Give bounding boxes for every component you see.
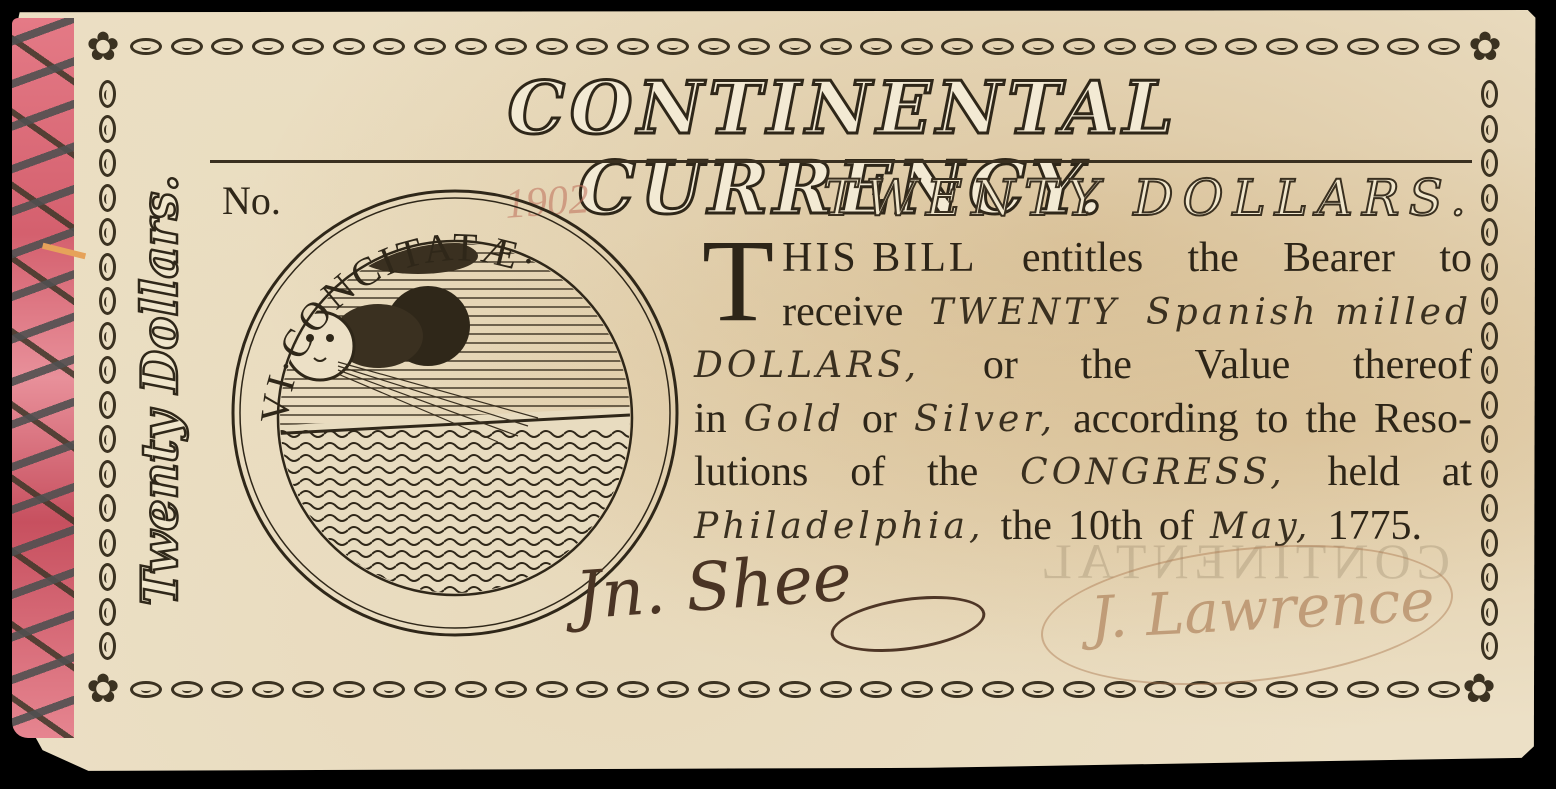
chain-link (1022, 38, 1054, 55)
chain-link (455, 681, 487, 698)
chain-link (99, 529, 116, 557)
title-rule (210, 160, 1472, 163)
chain-link (1481, 184, 1498, 212)
chain-link (171, 681, 203, 698)
chain-link (1481, 632, 1498, 660)
chain-link (292, 38, 324, 55)
chain-link (130, 681, 162, 698)
bill-text: T HIS BILL entitles the Bearer to receiv… (694, 232, 1472, 553)
chain-link (1387, 38, 1419, 55)
chain-link (1481, 598, 1498, 626)
chain-link (536, 681, 568, 698)
chain-link (171, 38, 203, 55)
chain-link (1387, 681, 1419, 698)
bill-line-2: receive TWENTY Spanish milled (782, 286, 1472, 340)
chain-link (1104, 681, 1136, 698)
chain-link (455, 38, 487, 55)
chain-link (941, 38, 973, 55)
rosette-icon: ✿ (82, 668, 124, 710)
chain-link (1428, 38, 1460, 55)
chain-link (333, 681, 365, 698)
chain-link (1063, 38, 1095, 55)
chain-link (1347, 38, 1379, 55)
bill-line-5: lutions of the CONGRESS, held at (694, 446, 1472, 500)
chain-link (738, 681, 770, 698)
chain-link (373, 38, 405, 55)
chain-link (99, 184, 116, 212)
chain-link (1428, 681, 1460, 698)
left-border-chain (94, 80, 120, 660)
chain-link (99, 632, 116, 660)
chain-link (617, 38, 649, 55)
chain-link (99, 80, 116, 108)
chain-link (99, 356, 116, 384)
chain-link (1481, 322, 1498, 350)
chain-link (982, 681, 1014, 698)
chain-link (99, 391, 116, 419)
chain-link (1225, 38, 1257, 55)
top-border-chain (130, 33, 1460, 59)
chain-link (1022, 681, 1054, 698)
chain-link (1063, 681, 1095, 698)
chain-link (617, 681, 649, 698)
chain-link (1306, 38, 1338, 55)
chain-link (99, 425, 116, 453)
chain-link (414, 681, 446, 698)
bill-line-3: DOLLARS, or the Value thereof (694, 339, 1472, 393)
chain-link (495, 681, 527, 698)
chain-link (860, 38, 892, 55)
chain-link (495, 38, 527, 55)
denomination-heading: TWENTY DOLLARS. (755, 170, 1475, 226)
chain-link (1104, 38, 1136, 55)
chain-link (1481, 253, 1498, 281)
chain-link (1266, 38, 1298, 55)
chain-link (252, 38, 284, 55)
chain-link (657, 681, 689, 698)
chain-link (941, 681, 973, 698)
rosette-icon: ✿ (1458, 668, 1500, 710)
chain-link (820, 38, 852, 55)
chain-link (1481, 529, 1498, 557)
chain-link (130, 38, 162, 55)
chain-link (252, 681, 284, 698)
chain-link (1481, 391, 1498, 419)
chain-link (1481, 460, 1498, 488)
chain-link (292, 681, 324, 698)
chain-link (1481, 563, 1498, 591)
chain-link (99, 563, 116, 591)
chain-link (414, 38, 446, 55)
chain-link (99, 598, 116, 626)
chain-link (1306, 681, 1338, 698)
rosette-icon: ✿ (82, 26, 124, 68)
right-border-chain (1476, 80, 1502, 660)
side-denomination: Twenty Dollars. (120, 160, 200, 620)
chain-link (211, 681, 243, 698)
chain-link (1481, 356, 1498, 384)
chain-link (820, 681, 852, 698)
chain-link (576, 681, 608, 698)
chain-link (1481, 115, 1498, 143)
chain-link (1481, 149, 1498, 177)
chain-link (1481, 218, 1498, 246)
bill-line-4: in Gold or Silver, according to the Reso… (694, 393, 1472, 447)
chain-link (373, 681, 405, 698)
chain-link (536, 38, 568, 55)
bill-line-1: HIS BILL entitles the Bearer to (782, 232, 1472, 286)
rosette-icon: ✿ (1464, 26, 1506, 68)
marbled-edge (12, 18, 74, 738)
chain-link (1144, 38, 1176, 55)
chain-link (99, 322, 116, 350)
dropcap: T (702, 236, 774, 326)
chain-link (860, 681, 892, 698)
chain-link (1185, 38, 1217, 55)
chain-link (99, 287, 116, 315)
chain-link (901, 681, 933, 698)
chain-link (99, 149, 116, 177)
chain-link (1481, 80, 1498, 108)
chain-link (576, 38, 608, 55)
chain-link (99, 218, 116, 246)
chain-link (99, 253, 116, 281)
chain-link (698, 38, 730, 55)
chain-link (1481, 494, 1498, 522)
chain-link (901, 38, 933, 55)
chain-link (333, 38, 365, 55)
chain-link (99, 494, 116, 522)
chain-link (657, 38, 689, 55)
chain-link (99, 460, 116, 488)
chain-link (1481, 425, 1498, 453)
chain-link (982, 38, 1014, 55)
chain-link (1266, 681, 1298, 698)
chain-link (779, 681, 811, 698)
chain-link (211, 38, 243, 55)
chain-link (738, 38, 770, 55)
chain-link (698, 681, 730, 698)
chain-link (1347, 681, 1379, 698)
chain-link (779, 38, 811, 55)
chain-link (1481, 287, 1498, 315)
chain-link (99, 115, 116, 143)
